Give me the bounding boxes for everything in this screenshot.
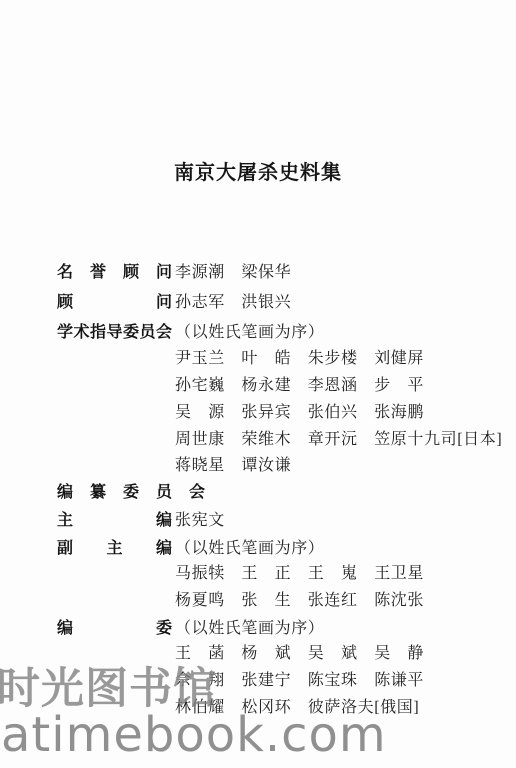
row-names: 孙志军 洪银兴 (175, 289, 291, 312)
credit-row-names: 尹玉兰 叶 皓 朱步楼 刘健屏 (57, 345, 424, 367)
credit-row-honorary-advisors: 名 誉 顾 问 李源潮 梁保华 (57, 259, 291, 281)
row-note: （以姓氏笔画为序） (175, 615, 324, 638)
credit-row-names: 杨夏鸣 张 生 张连红 陈沈张 (57, 587, 424, 609)
credit-row-names: 马振犊 王 正 王 嵬 王卫星 (57, 560, 424, 582)
credit-row-academic-committee: 学术指导委员会 （以姓氏笔画为序） (57, 319, 324, 341)
credit-row-names: 孙宅巍 杨永建 李恩涵 步 平 (57, 372, 424, 394)
credit-row-names: 蒋晓星 谭汝谦 (57, 452, 291, 474)
credit-row-deputy-editors: 副 主 编 （以姓氏笔画为序） (57, 535, 324, 557)
row-label: 主 编 (57, 507, 175, 530)
row-names: 李源潮 梁保华 (175, 259, 291, 282)
credit-row-names: 周世康 荣维木 章开沅 笠原十九司[日本] (57, 426, 502, 448)
row-names: 马振犊 王 正 王 嵬 王卫星 (175, 560, 424, 583)
row-label: 名 誉 顾 问 (57, 259, 175, 282)
row-note: （以姓氏笔画为序） (175, 319, 324, 342)
row-names: 吴 源 张异宾 张伯兴 张海鹏 (175, 399, 424, 422)
row-label: 编 纂 委 员 会 (57, 479, 217, 502)
row-names: 周世康 荣维木 章开沅 笠原十九司[日本] (175, 426, 502, 449)
watermark-site-url: atimebook.com (1, 707, 387, 763)
credit-row-names: 吴 源 张异宾 张伯兴 张海鹏 (57, 399, 424, 421)
credits-block: 名 誉 顾 问 李源潮 梁保华 顾 问 孙志军 洪银兴 学术指导委员会 （以姓氏… (0, 0, 516, 768)
row-label: 顾 问 (57, 289, 175, 312)
credit-row-chief-editor: 主 编 张宪文 (57, 507, 225, 529)
row-names: 蒋晓星 谭汝谦 (175, 452, 291, 475)
row-names: 张宪文 (175, 507, 225, 530)
credit-row-editorial-members: 编 委 （以姓氏笔画为序） (57, 615, 324, 637)
row-names: 杨夏鸣 张 生 张连红 陈沈张 (175, 587, 424, 610)
row-label: 副 主 编 (57, 535, 175, 558)
row-label: 学术指导委员会 (57, 319, 175, 342)
credit-row-compilation-committee-heading: 编 纂 委 员 会 (57, 479, 217, 501)
row-names: 尹玉兰 叶 皓 朱步楼 刘健屏 (175, 345, 424, 368)
book-front-matter-page: 南京大屠杀史料集 名 誉 顾 问 李源潮 梁保华 顾 问 孙志军 洪银兴 学术指… (0, 0, 516, 768)
row-note: （以姓氏笔画为序） (175, 535, 324, 558)
row-names: 孙宅巍 杨永建 李恩涵 步 平 (175, 372, 424, 395)
credit-row-advisors: 顾 问 孙志军 洪银兴 (57, 289, 291, 311)
row-label: 编 委 (57, 615, 175, 638)
